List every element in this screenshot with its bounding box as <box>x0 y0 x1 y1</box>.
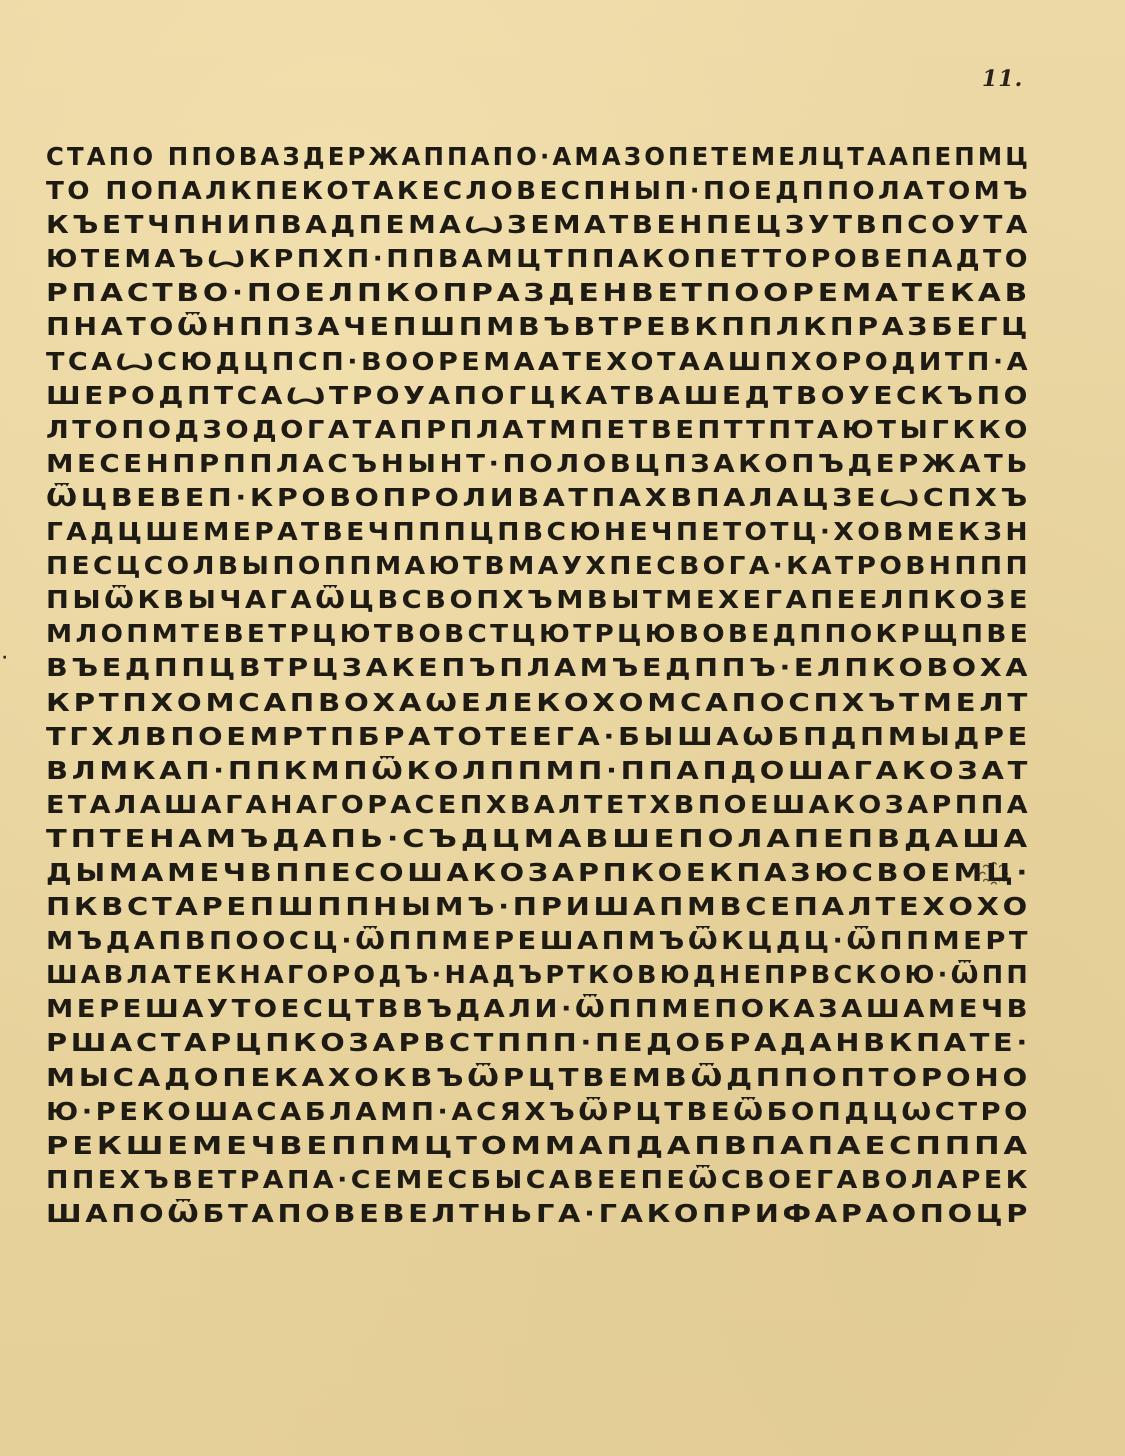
text-line-content: мъдапвпоосц·ѿппмерешапмъѿкцдц·ѿппмерт <box>46 924 1031 958</box>
text-line: тсаꙍсюдцпсп·вооремаатехотаашпхородитп·а <box>46 345 1036 379</box>
text-line: къетчпнипвадпемаꙍзематвенпецзутвпсоута <box>46 208 1036 242</box>
text-line-content: кртпхомсапвохаѡелекохомсапоспхътмелт <box>46 686 1031 720</box>
text-line: млопмтеветрцютвовстцютрцювоведппокрщпве <box>46 617 1036 651</box>
text-line-content: гадцшемератвечпппцпвсюнечпетотц·ховмекзн <box>46 515 1031 549</box>
left-margin-mark: · <box>2 650 7 666</box>
text-line: кртпхомсапвохаѡелекохомсапоспхътмелт <box>46 686 1036 720</box>
text-line-content: песцсолвыпоппмаютвмаухпесвога·катровнппп <box>46 549 1031 583</box>
text-line-content: тптенамъдапь·съдцмавшеполапепвдаша <box>46 822 1031 856</box>
text-line: ппехъветрапа·семесбысавеепеѿсвоегаволаре… <box>46 1163 1036 1197</box>
text-line-content: шавлатекнагородъ·надъртковюднепрвскою·ѿп… <box>46 958 1031 992</box>
text-line-content: стапо пповаздержаппапо·амазопетемелцтаап… <box>46 140 1031 174</box>
text-line-content: мысадопекахоквъѿрцтвемвѿдппоптороно <box>46 1061 1031 1095</box>
text-line: ютемаъꙍкрпхп·ппвамцтппакопетторовепадто <box>46 242 1036 276</box>
text-line: тптенамъдапь·съдцмавшеполапепвдаша <box>46 822 1036 856</box>
text-line: стапо пповаздержаппапо·амазопетемелцтаап… <box>46 140 1036 174</box>
text-line: еталашаганагорасепхвалтетхвпоешакозарппа <box>46 788 1036 822</box>
text-line: лтоподзодогатапрплатмпетвепттптаютыгкко <box>46 413 1036 447</box>
text-line: пквстарепшппнымъ·пришапмвсепалтехохо <box>46 890 1036 924</box>
text-line: месенпрппласънынт·половцпзакопъдержать <box>46 447 1036 481</box>
text-line: рпаство·поелпкопразденветпоорематекав <box>46 276 1036 310</box>
text-line-content: то попалкпекотакесловеспнып·поедпполатом… <box>46 174 1031 208</box>
text-line: мысадопекахоквъѿрцтвемвѿдппоптороно <box>46 1061 1036 1095</box>
text-line: въедппцвтрцзакепъпламъедппъ·елпковоха <box>46 651 1036 685</box>
text-line-content: шапоѿбтаповевелтньга·гакоприфараопоцр <box>46 1197 1031 1231</box>
page-number: 11. <box>982 66 1023 92</box>
manuscript-page: 11. · ҈ стапо пповаздержаппапо·амазопете… <box>0 0 1125 1456</box>
text-line: шеродптсаꙍтроуапогцкатвашедтвоуескъпо <box>46 379 1036 413</box>
text-line: шавлатекнагородъ·надъртковюднепрвскою·ѿп… <box>46 958 1036 992</box>
text-line: пыѿквычагаѿцвсвопхъмвытмехегапеелпкозе <box>46 583 1036 617</box>
text-line-content: ю·рекошасабламп·асяхъѿрцтвеѿбопдцѡстро <box>46 1095 1031 1129</box>
text-line-content: въедппцвтрцзакепъпламъедппъ·елпковоха <box>46 651 1031 685</box>
text-line-content: ппехъветрапа·семесбысавеепеѿсвоегаволаре… <box>46 1163 1031 1197</box>
text-line-content: рекшемечвеппмцтоммапдапвпапаеспппа <box>46 1129 1031 1163</box>
text-line-content: пнатоѿнппзачепшпмвъвтревкпплкпразбегц <box>46 310 1031 344</box>
text-line-content: рпаство·поелпкопразденветпоорематекав <box>46 276 1031 310</box>
text-line-content: тгхлвпоемртпбратотеега·бышаѡбпдпмыдре <box>46 720 1031 754</box>
text-line: гадцшемератвечпппцпвсюнечпетотц·ховмекзн <box>46 515 1036 549</box>
text-line-content: лтоподзодогатапрплатмпетвепттптаютыгкко <box>46 413 1031 447</box>
text-line: мъдапвпоосц·ѿппмерешапмъѿкцдц·ѿппмерт <box>46 924 1036 958</box>
text-line-content: мерешаутоесцтввъдали·ѿппмепоказашамечв <box>46 992 1031 1026</box>
text-line: песцсолвыпоппмаютвмаухпесвога·катровнппп <box>46 549 1036 583</box>
text-line: ю·рекошасабламп·асяхъѿрцтвеѿбопдцѡстро <box>46 1095 1036 1129</box>
manuscript-text-block: стапо пповаздержаппапо·амазопетемелцтаап… <box>46 140 1036 1231</box>
text-line-content: месенпрппласънынт·половцпзакопъдержать <box>46 447 1031 481</box>
text-line: тгхлвпоемртпбратотеега·бышаѡбпдпмыдре <box>46 720 1036 754</box>
text-line-content: тсаꙍсюдцпсп·вооремаатехотаашпхородитп·а <box>46 345 1031 379</box>
text-line-content: млопмтеветрцютвовстцютрцювоведппокрщпве <box>46 617 1031 651</box>
text-line-content: пквстарепшппнымъ·пришапмвсепалтехохо <box>46 890 1031 924</box>
text-line-content: влмкап·ппкмпѿколппмп·ппапдошагакозат <box>46 754 1031 788</box>
text-line-content: дымамечвппесошакозарпкоекпазюсвоемц· <box>46 856 1031 890</box>
text-line: ѿцвевеп·кровопроливатпахвпалацзеꙍспхъ <box>46 481 1036 515</box>
text-line-content: къетчпнипвадпемаꙍзематвенпецзутвпсоута <box>46 208 1031 242</box>
text-line: ршастарцпкозарвстппп·педобраданвкпате· <box>46 1026 1036 1060</box>
text-line-content: шеродптсаꙍтроуапогцкатвашедтвоуескъпо <box>46 379 1031 413</box>
text-line-content: ршастарцпкозарвстппп·педобраданвкпате· <box>46 1026 1031 1060</box>
text-line: рекшемечвеппмцтоммапдапвпапаеспппа <box>46 1129 1036 1163</box>
text-line: шапоѿбтаповевелтньга·гакоприфараопоцр <box>46 1197 1036 1231</box>
text-line: пнатоѿнппзачепшпмвъвтревкпплкпразбегц <box>46 310 1036 344</box>
text-line-content: пыѿквычагаѿцвсвопхъмвытмехегапеелпкозе <box>46 583 1031 617</box>
text-line: мерешаутоесцтввъдали·ѿппмепоказашамечв <box>46 992 1036 1026</box>
text-line: дымамечвппесошакозарпкоекпазюсвоемц· <box>46 856 1036 890</box>
text-line: влмкап·ппкмпѿколппмп·ппапдошагакозат <box>46 754 1036 788</box>
text-line-content: ѿцвевеп·кровопроливатпахвпалацзеꙍспхъ <box>46 481 1031 515</box>
text-line-content: ютемаъꙍкрпхп·ппвамцтппакопетторовепадто <box>46 242 1031 276</box>
text-line-content: еталашаганагорасепхвалтетхвпоешакозарппа <box>46 788 1031 822</box>
text-line: то попалкпекотакесловеспнып·поедпполатом… <box>46 174 1036 208</box>
